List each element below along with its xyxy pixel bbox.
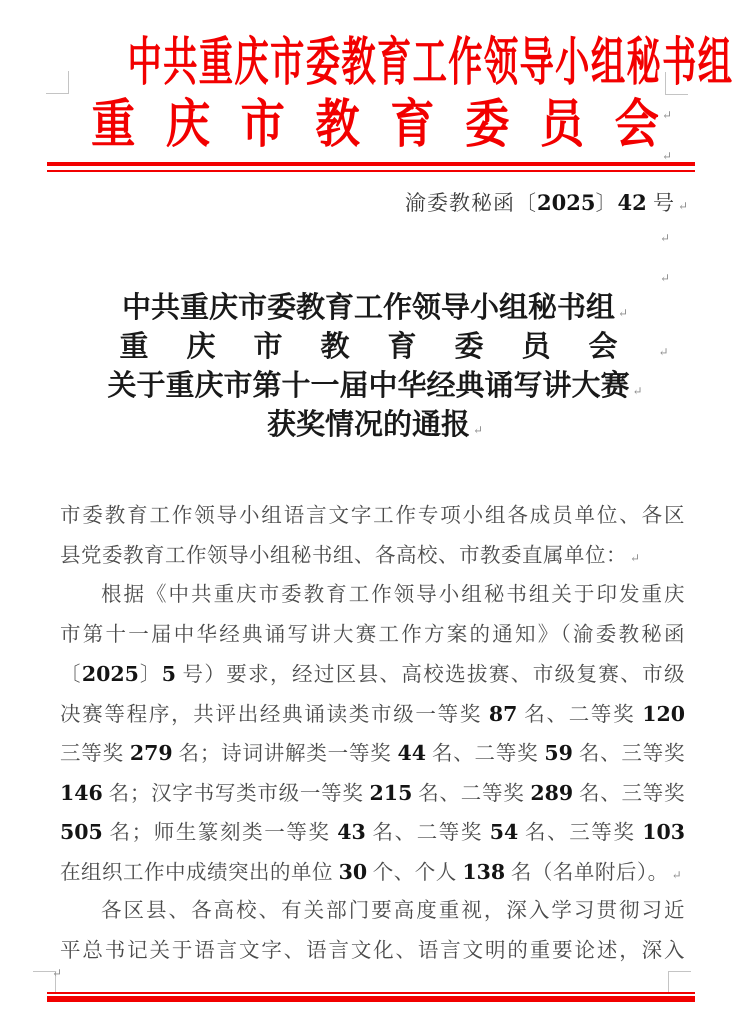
body-line: 三等奖 279 名；诗词讲解类一等奖 44 名、二等奖 59 名、三等奖 [60, 734, 685, 774]
title-line-1: 中共重庆市委教育工作领导小组秘书组↵ [0, 289, 750, 328]
body-line: 决赛等程序，共评出经典诵读类市级一等奖 87 名、二等奖 120 名、 [60, 695, 685, 735]
letterhead-line-2: 重庆市教育委员会 [56, 96, 694, 156]
paragraph-mark: ↵ [52, 966, 62, 981]
paragraph-mark: ↵ [669, 868, 682, 882]
footer-rule-thin [47, 992, 695, 994]
title-line-4: 获奖情况的通报↵ [0, 406, 750, 445]
title-line-2: 重庆市教育委员会↵ [0, 328, 750, 367]
body-line: 在组织工作中成绩突出的单位 30 个、个人 138 名（名单附后）。↵ [60, 853, 685, 893]
footer-rule-thick [47, 996, 695, 1002]
paragraph-mark: ↵ [675, 199, 688, 213]
body-line: 县党委教育工作领导小组秘书组、各高校、市教委直属单位：↵ [60, 537, 685, 577]
paragraph-mark: ↵ [629, 384, 642, 398]
paragraph-mark: ↵ [662, 108, 672, 123]
body-line: 市委教育工作领导小组语言文字工作专项小组各成员单位、各区 [60, 497, 685, 537]
paragraph-mark: ↵ [615, 306, 628, 320]
crop-mark-bottom-right [668, 971, 691, 994]
letterhead-line-1: 中共重庆市委教育工作领导小组秘书组 [127, 34, 622, 94]
body-line: 根据《中共重庆市委教育工作领导小组秘书组关于印发重庆 [60, 576, 685, 616]
paragraph-mark: ↵ [655, 345, 668, 359]
body-line: 各区县、各高校、有关部门要高度重视，深入学习贯彻习近 [60, 892, 685, 932]
body-line: 市第十一届中华经典诵写讲大赛工作方案的通知》（渝委教秘函 [60, 616, 685, 656]
paragraph-mark: ↵ [470, 423, 483, 437]
paragraph-mark: ↵ [660, 231, 670, 246]
body-line: 505 名；师生篆刻类一等奖 43 名、二等奖 54 名、三等奖 103 名； [60, 813, 685, 853]
paragraph-mark: ↵ [627, 551, 640, 565]
document-body: 市委教育工作领导小组语言文字工作专项小组各成员单位、各区 县党委教育工作领导小组… [60, 497, 685, 971]
paragraph-mark: ↵ [660, 271, 670, 286]
title-line-3: 关于重庆市第十一届中华经典诵写讲大赛↵ [0, 367, 750, 406]
body-line: 平总书记关于语言文字、语言文化、语言文明的重要论述，深入 [60, 932, 685, 972]
document-title: 中共重庆市委教育工作领导小组秘书组↵ 重庆市教育委员会↵ 关于重庆市第十一届中华… [0, 289, 750, 445]
letterhead-rule-thick [47, 162, 695, 166]
document-page: 中共重庆市委教育工作领导小组秘书组 重庆市教育委员会 ↵ ↵ 渝委教秘函〔202… [0, 0, 750, 1036]
body-line: 〔2025〕5 号）要求，经过区县、高校选拔赛、市级复赛、市级 [60, 655, 685, 695]
letterhead-rule-thin [47, 170, 695, 172]
paragraph-mark: ↵ [662, 149, 672, 164]
document-number: 渝委教秘函〔2025〕42 号↵ [405, 187, 688, 217]
body-line: 146 名；汉字书写类市级一等奖 215 名、二等奖 289 名、三等奖 [60, 774, 685, 814]
crop-mark-top-left [46, 71, 69, 94]
